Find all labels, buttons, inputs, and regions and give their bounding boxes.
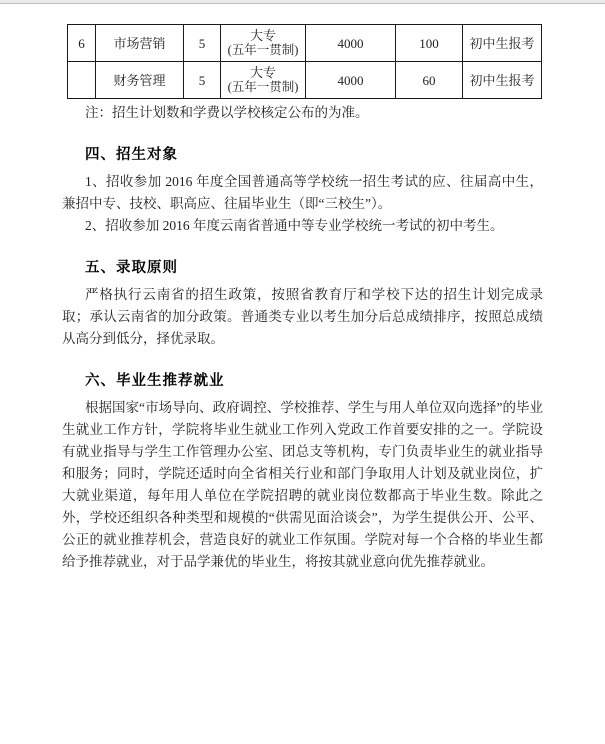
paragraph: 2、招收参加 2016 年度云南省普通中等专业学校统一考试的初中考生。 [62,215,543,237]
section-heading-enrollment-targets: 四、招生对象 [62,143,543,164]
cell-level-line1: 大专 [221,28,305,43]
page-content: 6 市场营销 5 大专 (五年一贯制) 4000 100 初中生报考 财务管理 … [0,4,605,573]
paragraph: 1、招收参加 2016 年度全国普通高等学校统一招生考试的应、往届高中生，兼招中… [62,171,543,215]
cell-plan-count: 60 [396,62,463,99]
table-footnote: 注：招生计划数和学费以学校核定公布的为准。 [62,102,543,124]
table-row: 6 市场营销 5 大专 (五年一贯制) 4000 100 初中生报考 [68,25,542,62]
section-heading-graduate-employment: 六、毕业生推荐就业 [62,369,543,390]
paragraph: 严格执行云南省的招生政策，按照省教育厅和学校下达的招生计划完成录取；承认云南省的… [62,284,543,350]
cell-level: 大专 (五年一贯制) [221,25,306,62]
document-page: 6 市场营销 5 大专 (五年一贯制) 4000 100 初中生报考 财务管理 … [0,0,605,744]
cell-tuition: 4000 [306,62,396,99]
cell-major: 市场营销 [96,25,184,62]
cell-level: 大专 (五年一贯制) [221,62,306,99]
cell-plan-count: 100 [396,25,463,62]
table-row: 财务管理 5 大专 (五年一贯制) 4000 60 初中生报考 [68,62,542,99]
cell-level-line1: 大专 [221,65,305,80]
cell-note: 初中生报考 [463,25,542,62]
cell-years: 5 [184,25,221,62]
cell-major: 财务管理 [96,62,184,99]
cell-row-number [68,62,96,99]
cell-level-line2: (五年一贯制) [221,80,305,95]
section-heading-admission-principles: 五、录取原则 [62,256,543,277]
cell-row-number: 6 [68,25,96,62]
paragraph: 根据国家“市场导向、政府调控、学校推荐、学生与用人单位双向选择”的毕业生就业工作… [62,397,543,573]
cell-tuition: 4000 [306,25,396,62]
cell-level-line2: (五年一贯制) [221,43,305,58]
cell-years: 5 [184,62,221,99]
enrollment-plan-table: 6 市场营销 5 大专 (五年一贯制) 4000 100 初中生报考 财务管理 … [67,24,542,99]
cell-note: 初中生报考 [463,62,542,99]
